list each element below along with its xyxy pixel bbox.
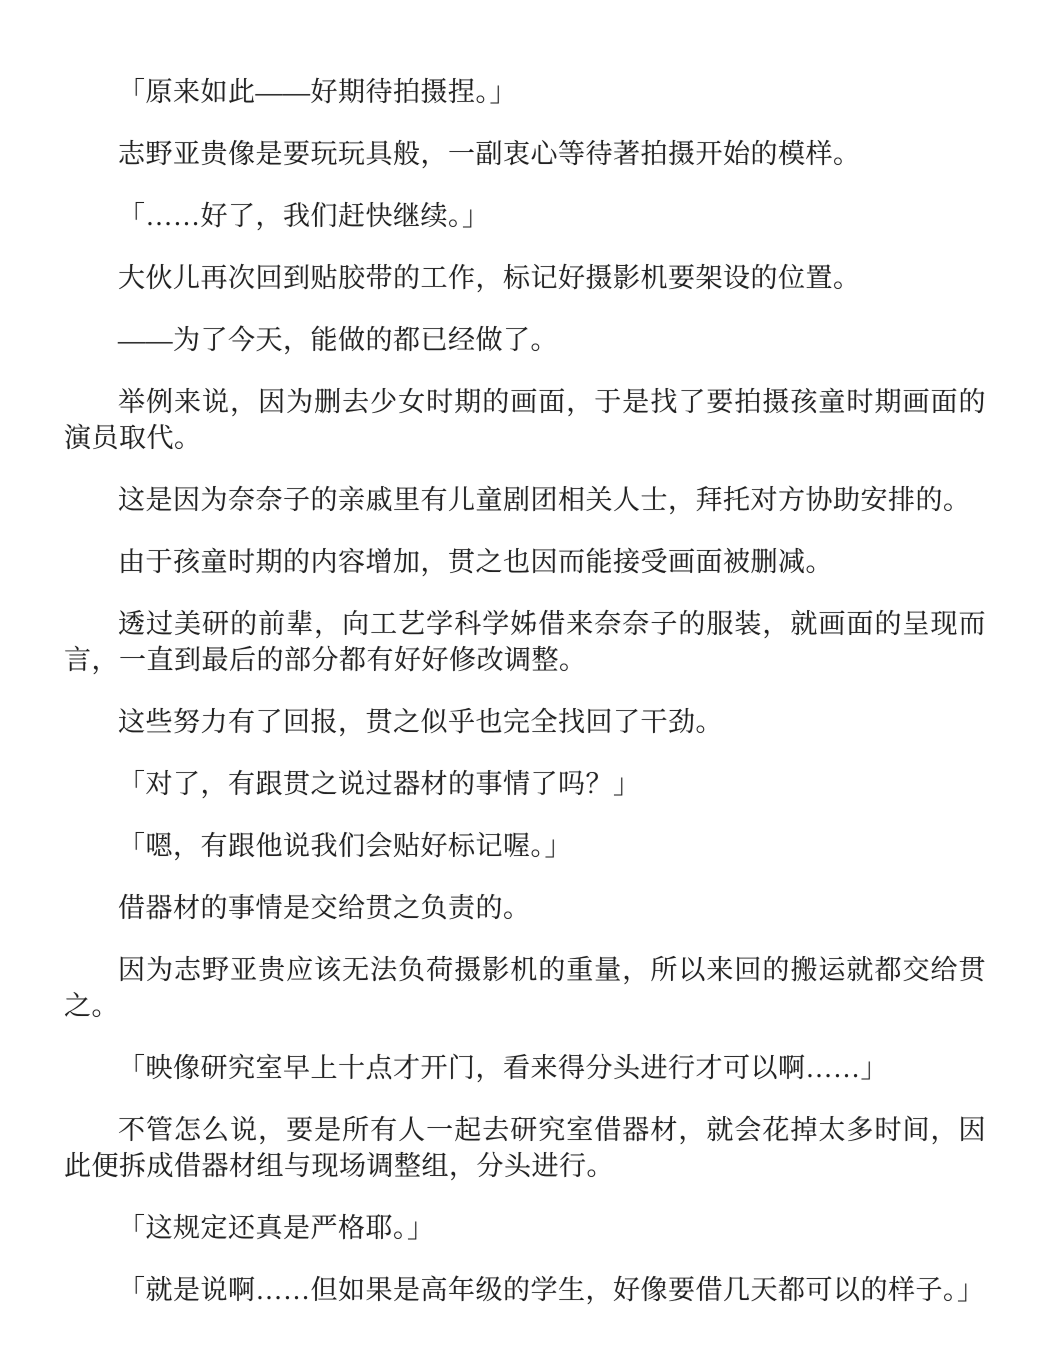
paragraph: 「……好了，我们赶快继续。」 (64, 198, 986, 234)
paragraph: 因为志野亚贵应该无法负荷摄影机的重量，所以来回的搬运就都交给贯之。 (64, 952, 986, 1024)
paragraph: 举例来说，因为删去少女时期的画面，于是找了要拍摄孩童时期画面的演员取代。 (64, 384, 986, 456)
paragraph: 「原来如此——好期待拍摄捏。」 (64, 74, 986, 110)
paragraph: 不管怎么说，要是所有人一起去研究室借器材，就会花掉太多时间，因此便拆成借器材组与… (64, 1112, 986, 1184)
paragraph: 「这规定还真是严格耶。」 (64, 1210, 986, 1246)
paragraph-list: 「原来如此——好期待拍摄捏。」 志野亚贵像是要玩玩具般，一副衷心等待著拍摄开始的… (64, 74, 986, 1308)
novel-page: 「原来如此——好期待拍摄捏。」 志野亚贵像是要玩玩具般，一副衷心等待著拍摄开始的… (0, 0, 1046, 1354)
paragraph: 志野亚贵像是要玩玩具般，一副衷心等待著拍摄开始的模样。 (64, 136, 986, 172)
paragraph: 「映像研究室早上十点才开门，看来得分头进行才可以啊……」 (64, 1050, 986, 1086)
paragraph: 「对了，有跟贯之说过器材的事情了吗？」 (64, 766, 986, 802)
paragraph: ——为了今天，能做的都已经做了。 (64, 322, 986, 358)
paragraph: 借器材的事情是交给贯之负责的。 (64, 890, 986, 926)
paragraph: 由于孩童时期的内容增加，贯之也因而能接受画面被删减。 (64, 544, 986, 580)
paragraph: 「就是说啊……但如果是高年级的学生，好像要借几天都可以的样子。」 (64, 1272, 986, 1308)
paragraph: 「嗯，有跟他说我们会贴好标记喔。」 (64, 828, 986, 864)
paragraph: 大伙儿再次回到贴胶带的工作，标记好摄影机要架设的位置。 (64, 260, 986, 296)
paragraph: 这是因为奈奈子的亲戚里有儿童剧团相关人士，拜托对方协助安排的。 (64, 482, 986, 518)
paragraph: 透过美研的前辈，向工艺学科学姊借来奈奈子的服装，就画面的呈现而言，一直到最后的部… (64, 606, 986, 678)
paragraph: 这些努力有了回报，贯之似乎也完全找回了干劲。 (64, 704, 986, 740)
